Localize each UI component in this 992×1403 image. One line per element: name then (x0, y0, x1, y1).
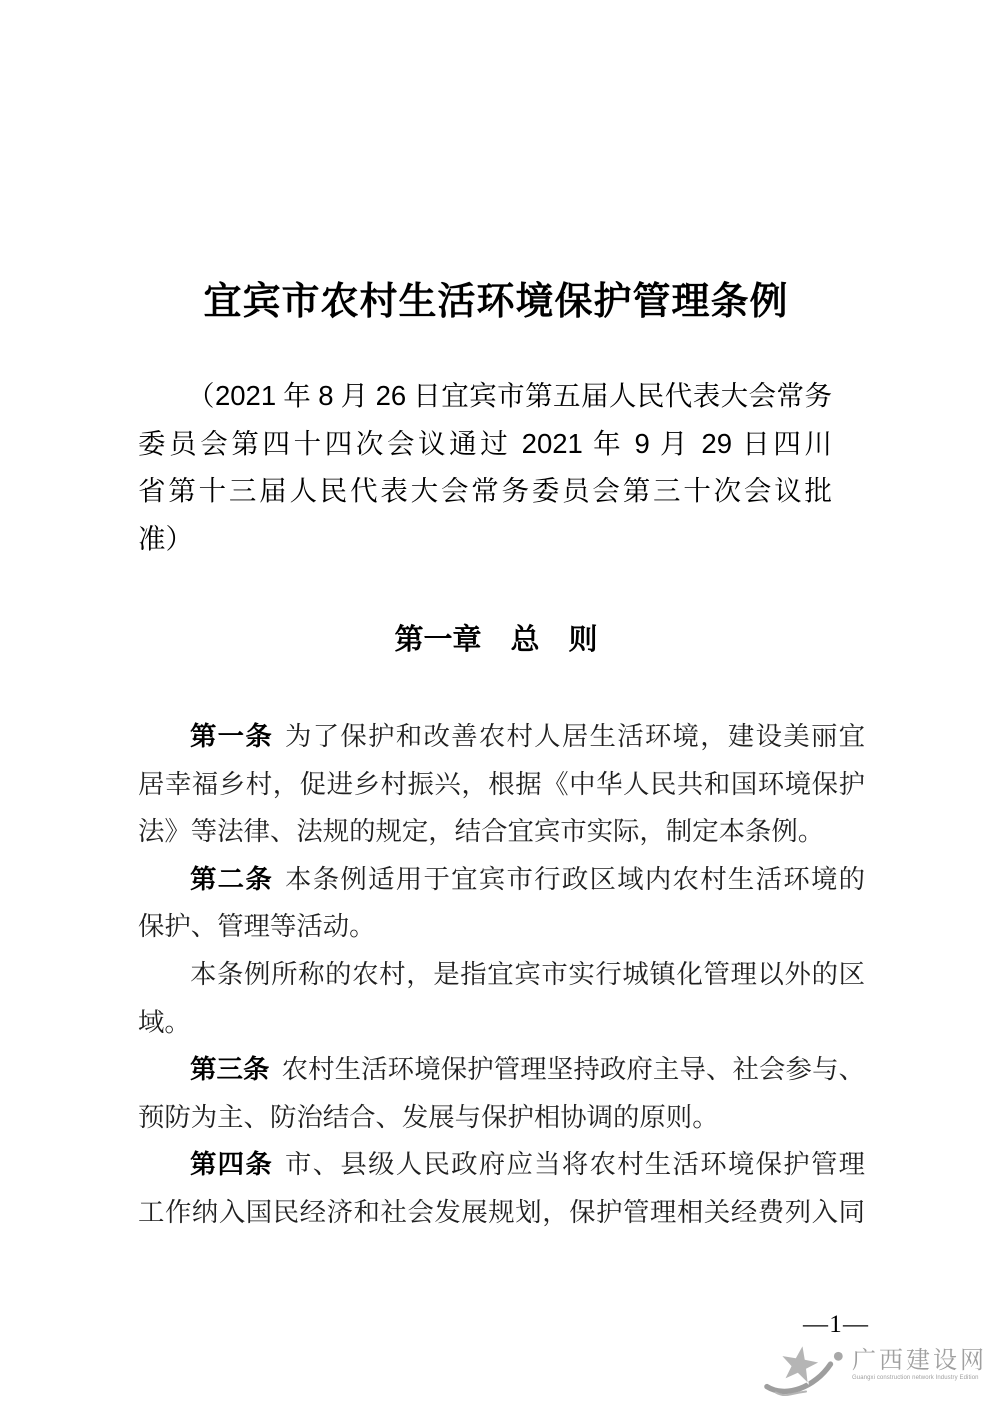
adoption-note-line: 省第十三届人民代表大会常务委员会第三十次会议批 (138, 467, 832, 515)
article-number: 第四条 (190, 1149, 273, 1179)
article-1-line-2: 居幸福乡村，促进乡村振兴，根据《中华人民共和国环境保护 (138, 761, 865, 809)
site-watermark: 广西建设网 Guangxi construction network Indus… (764, 1338, 990, 1400)
comet-dot (834, 1352, 843, 1361)
article-paragraphs: 第一条为了保护和改善农村人居生活环境，建设美丽宜 居幸福乡村，促进乡村振兴，根据… (138, 713, 865, 1237)
document-title: 宜宾市农村生活环境保护管理条例 (0, 276, 992, 328)
article-2-para-2-line-2: 域。 (138, 999, 865, 1047)
article-text: 市、县级人民政府应当将农村生活环境保护管理 (285, 1149, 865, 1179)
article-3-line-2: 预防为主、防治结合、发展与保护相协调的原则。 (138, 1094, 865, 1142)
watermark-site-subtitle: Guangxi construction network Industry Ed… (852, 1374, 990, 1382)
watermark-text: 广西建设网 Guangxi construction network Indus… (852, 1348, 990, 1382)
article-3-line-1: 第三条农村生活环境保护管理坚持政府主导、社会参与、 (138, 1046, 865, 1094)
article-4-line-1: 第四条市、县级人民政府应当将农村生活环境保护管理 (138, 1141, 865, 1189)
adoption-note: （2021 年 8 月 26 日宜宾市第五届人民代表大会常务 委员会第四十四次会… (138, 372, 832, 562)
chapter-heading: 第一章 总 则 (0, 617, 992, 665)
article-2-para-2-line-1: 本条例所称的农村，是指宜宾市实行城镇化管理以外的区 (138, 951, 865, 999)
article-1-line-3: 法》等法律、法规的规定，结合宜宾市实际，制定本条例。 (138, 808, 865, 856)
adoption-note-line: 准） (138, 515, 832, 563)
article-number: 第二条 (190, 864, 273, 894)
watermark-site-name: 广西建设网 (852, 1348, 990, 1374)
article-4-line-2: 工作纳入国民经济和社会发展规划，保护管理相关经费列入同 (138, 1189, 865, 1237)
document-page: 宜宾市农村生活环境保护管理条例 （2021 年 8 月 26 日宜宾市第五届人民… (0, 0, 992, 1403)
article-1-line-1: 第一条为了保护和改善农村人居生活环境，建设美丽宜 (138, 713, 865, 761)
star-logo-icon (764, 1338, 852, 1400)
article-2-line-2: 保护、管理等活动。 (138, 903, 865, 951)
page-number: — 1 — (803, 1312, 868, 1338)
adoption-note-line: 委员会第四十四次会议通过 2021 年 9 月 29 日四川 (138, 420, 832, 468)
adoption-note-line: （2021 年 8 月 26 日宜宾市第五届人民代表大会常务 (138, 372, 832, 420)
article-text: 为了保护和改善农村人居生活环境，建设美丽宜 (285, 721, 865, 751)
star-shape (781, 1345, 819, 1384)
article-number: 第一条 (190, 721, 273, 751)
article-2-line-1: 第二条本条例适用于宜宾市行政区域内农村生活环境的 (138, 856, 865, 904)
article-text: 本条例适用于宜宾市行政区域内农村生活环境的 (285, 864, 865, 894)
article-number: 第三条 (190, 1054, 270, 1084)
article-text: 农村生活环境保护管理坚持政府主导、社会参与、 (282, 1054, 865, 1084)
